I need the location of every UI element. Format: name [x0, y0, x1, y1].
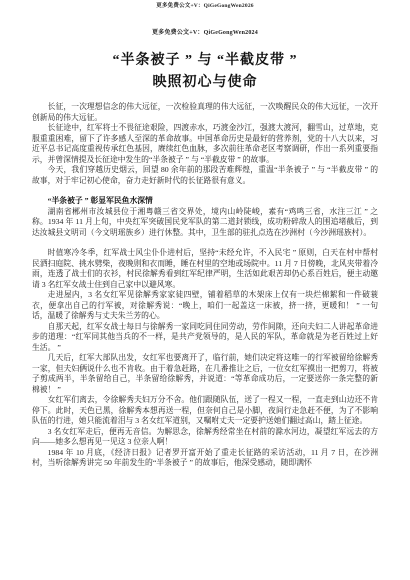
- paragraph: 今天，我们穿越历史烟云，回望 80 余年前的那段苦难辉煌，重温“半条被子 ” 与…: [32, 165, 378, 186]
- paragraph: 女红军们离去，令徐解秀夫妇万分不舍。他们跟随队伍，送了一程又一程，一直走到山边还…: [32, 395, 378, 427]
- paragraph: 时值寒冷冬季，红军战士风尘仆仆进村后，坚持“未经允许，不入民宅 ” 原则，白天在…: [32, 248, 378, 290]
- document-title-line1: “半条被子 ” 与 “半截皮带 ”: [0, 50, 410, 72]
- document-title: “半条被子 ” 与 “半截皮带 ” 映照初心与使命: [0, 50, 410, 94]
- document-page: 更多免费公文+V：QiGeGongWen2026 更多免费公文+V：QiGeGo…: [0, 0, 410, 580]
- paragraph: 长征，一次理想信念的伟大远征，一次检验真理的伟大远征，一次唤醒民众的伟大远征，一…: [32, 102, 378, 123]
- document-body: 长征，一次理想信念的伟大远征，一次检验真理的伟大远征，一次唤醒民众的伟大远征，一…: [32, 102, 378, 469]
- paragraph: 自那天起，红军女战士每日与徐解秀一家同吃同住同劳动，劳作间隙，还向夫妇二人讲起革…: [32, 322, 378, 354]
- watermark-text-second: 更多免费公文+V：QiGeGongWen2024: [0, 30, 410, 37]
- paragraph: 1984 年 10 月底，《经济日报》记者罗开富开始了重走长征路的采访活动，11…: [32, 448, 378, 469]
- document-title-line2: 映照初心与使命: [0, 72, 410, 94]
- paragraph: 湖南省郴州市汝城县位于湘粤赣三省交界处，境内山岭陡峻，素有“鸡鸣三省，水注三江 …: [32, 207, 378, 239]
- paragraph: 3 名女红军走后，便再无音信。为解思念，徐解秀经常坐在村前的滁水河边，凝望红军远…: [32, 427, 378, 448]
- paragraph: 长征途中，红军将士不畏征途艰险，四渡赤水，巧渡金沙江，强渡大渡河，翻雪山，过草地…: [32, 123, 378, 165]
- paragraph: 走进屋内，3 名女红军见徐解秀家家徒四壁，铺着稻草的木架床上仅有一块烂棉絮和一件…: [32, 290, 378, 322]
- paragraph: 几天后，红军大部队出发，女红军也要离开了，临行前，她们决定将这唯一的行军被留给徐…: [32, 353, 378, 395]
- watermark-text-top: 更多免费公文+V：QiGeGongWen2026: [0, 0, 410, 9]
- section-heading: “半条被子 ” 彰显军民鱼水深情: [32, 196, 378, 207]
